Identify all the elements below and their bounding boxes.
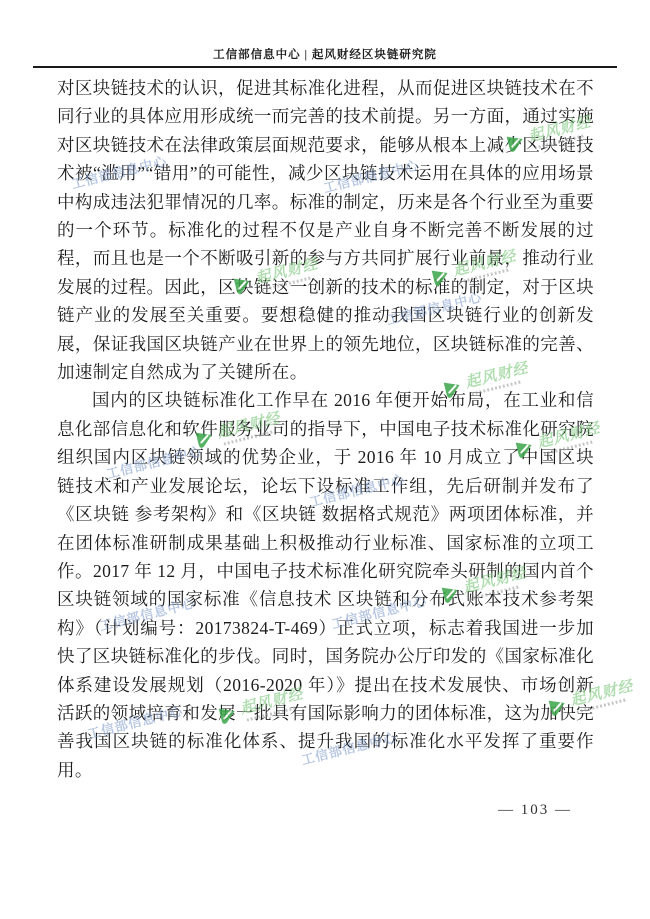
document-body: 对区块链技术的认识，促进其标准化进程，从而促进区块链技术在不同行业的具体应用形成… bbox=[57, 74, 594, 784]
page-header-title: 工信部信息中心 | 起风财经区块链研究院 bbox=[0, 46, 650, 62]
header-divider bbox=[33, 66, 617, 68]
paragraph: 对区块链技术的认识，促进其标准化进程，从而促进区块链技术在不同行业的具体应用形成… bbox=[57, 74, 594, 386]
document-page: 工信部信息中心 工信部信息中心 工信部信息中心 工信部信息中心 工信部信息中心 … bbox=[0, 0, 650, 919]
paragraph: 国内的区块链标准化工作早在 2016 年便开始布局，在工业和信息化部信息化和软件… bbox=[57, 386, 594, 784]
page-number: — 103 — bbox=[498, 802, 572, 819]
